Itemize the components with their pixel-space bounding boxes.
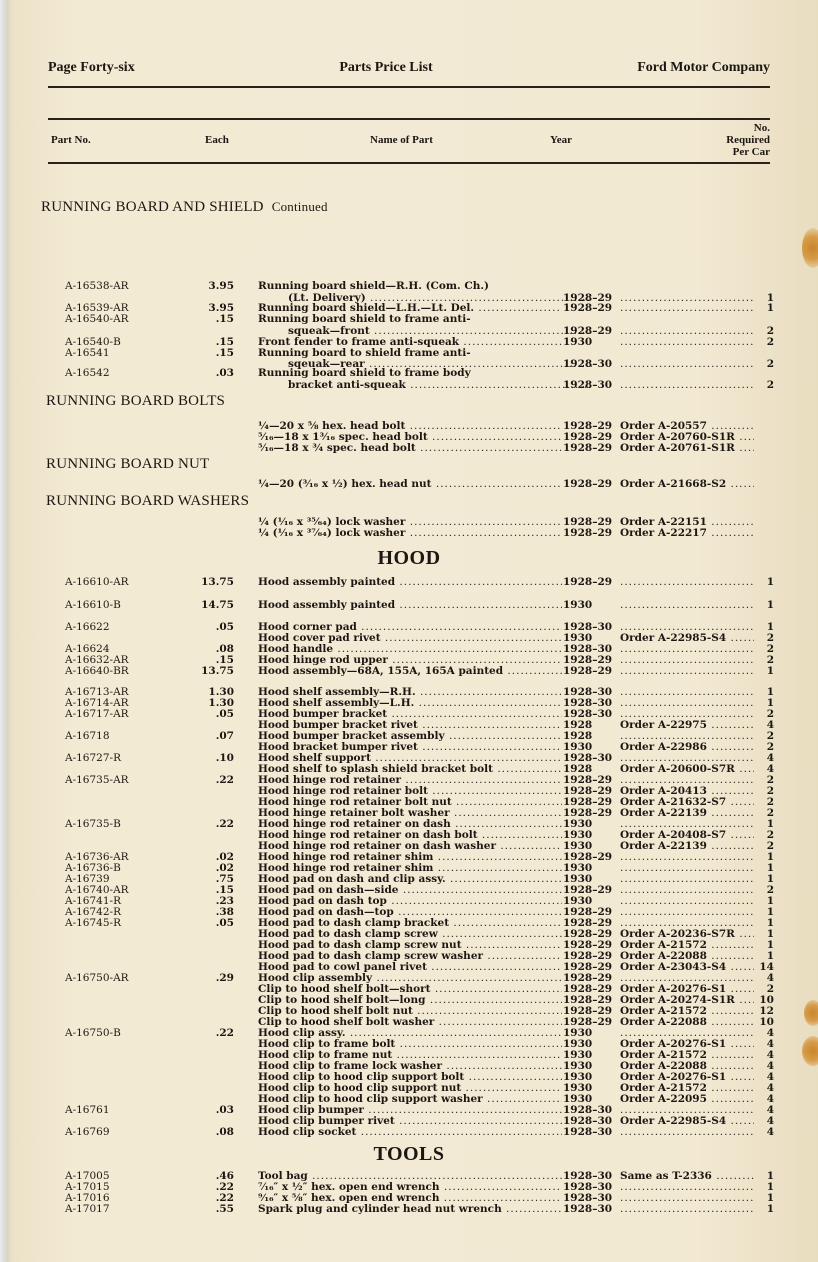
table-row: ⁵⁄₁₆—18 x ¾ spec. head bolt 1928–29 Orde… (0, 442, 818, 454)
table-row: A-16610-AR13.75Hood assembly painted1928… (0, 576, 818, 588)
cell-qty: 1 (758, 1203, 774, 1215)
page-header: Page Forty-six Parts Price List Ford Mot… (48, 60, 770, 76)
cell-price: .55 (190, 1203, 234, 1215)
cell-year: 1928–30 (563, 1203, 612, 1215)
section-title: RUNNING BOARD NUT (46, 456, 209, 473)
col-year: Year (550, 134, 572, 146)
cell-order (620, 576, 754, 588)
cell-qty: 1 (758, 665, 774, 677)
cell-name: Hood assembly painted (258, 576, 562, 588)
header-rule (48, 86, 770, 88)
section-title-hood: HOOD (0, 547, 818, 570)
continued-note: Continued (272, 199, 328, 214)
section-title: RUNNING BOARD WASHERS (46, 493, 249, 510)
cell-part: A-16610-AR (65, 576, 129, 588)
column-headers: Part No. Each Name of Part Year No. Requ… (48, 120, 770, 160)
cell-order (620, 599, 754, 611)
stain-mark (802, 228, 818, 268)
company-name: Ford Motor Company (637, 60, 770, 76)
cell-year: 1928–30 (563, 1126, 612, 1138)
col-name: Name of Part (370, 134, 433, 146)
cell-name: Hood clip socket (258, 1126, 562, 1138)
cell-name: Hood assembly painted (258, 599, 562, 611)
table-row: A-16640-BR13.75Hood assembly—68A, 155A, … (0, 665, 818, 677)
table-row: A-16610-B14.75Hood assembly painted19301 (0, 599, 818, 611)
cell-order (620, 1126, 754, 1138)
col-part-no: Part No. (51, 134, 91, 146)
cell-price: 14.75 (190, 599, 234, 611)
section-title: RUNNING BOARD AND SHIELDContinued (41, 199, 328, 216)
col-each: Each (205, 134, 229, 146)
cell-name: Hood assembly—68A, 155A, 165A painted (258, 665, 562, 677)
table-row: bracket anti-squeak 1928–30 2 (0, 379, 818, 391)
table-row: A-16542 .03 Running board shield to fram… (0, 367, 818, 379)
table-row: ¼—20 (³⁄₁₆ x ½) hex. head nut 1928–29 Or… (0, 478, 818, 490)
cell-year: 1928–29 (563, 576, 612, 588)
table-row: ¼ (¹⁄₁₆ x ³⁷⁄₆₄) lock washer 1928–29 Ord… (0, 527, 818, 539)
cell-price: 13.75 (190, 665, 234, 677)
table-row: A-16540-AR .15 Running board shield to f… (0, 313, 818, 325)
cell-order (620, 665, 754, 677)
section-title: RUNNING BOARD BOLTS (46, 393, 225, 410)
cell-part: A-16640-BR (65, 665, 129, 677)
cell-part: A-17017 (65, 1203, 110, 1215)
cell-price: .08 (190, 1126, 234, 1138)
table-row: A-16538-AR 3.95 Running board shield—R.H… (0, 280, 818, 292)
document-title: Parts Price List (339, 60, 432, 76)
col-qty-line1: No. (710, 122, 770, 134)
section-title-tools: TOOLS (0, 1143, 818, 1166)
cell-name: Spark plug and cylinder head nut wrench (258, 1203, 562, 1215)
column-header-bottom-rule (48, 162, 770, 164)
cell-price: 13.75 (190, 576, 234, 588)
cell-year: 1930 (563, 599, 592, 611)
cell-part: A-16769 (65, 1126, 110, 1138)
cell-qty: 1 (758, 599, 774, 611)
cell-part: A-16610-B (65, 599, 121, 611)
cell-qty: 1 (758, 576, 774, 588)
page-number: Page Forty-six (48, 60, 135, 76)
cell-qty: 4 (758, 1126, 774, 1138)
cell-year: 1928–29 (563, 665, 612, 677)
col-qty-line3: Per Car (710, 146, 770, 158)
cell-order (620, 1203, 754, 1215)
table-row: A-16769.08Hood clip socket1928–304 (0, 1126, 818, 1138)
table-row: A-17017.55Spark plug and cylinder head n… (0, 1203, 818, 1215)
col-qty-line2: Required (710, 134, 770, 146)
